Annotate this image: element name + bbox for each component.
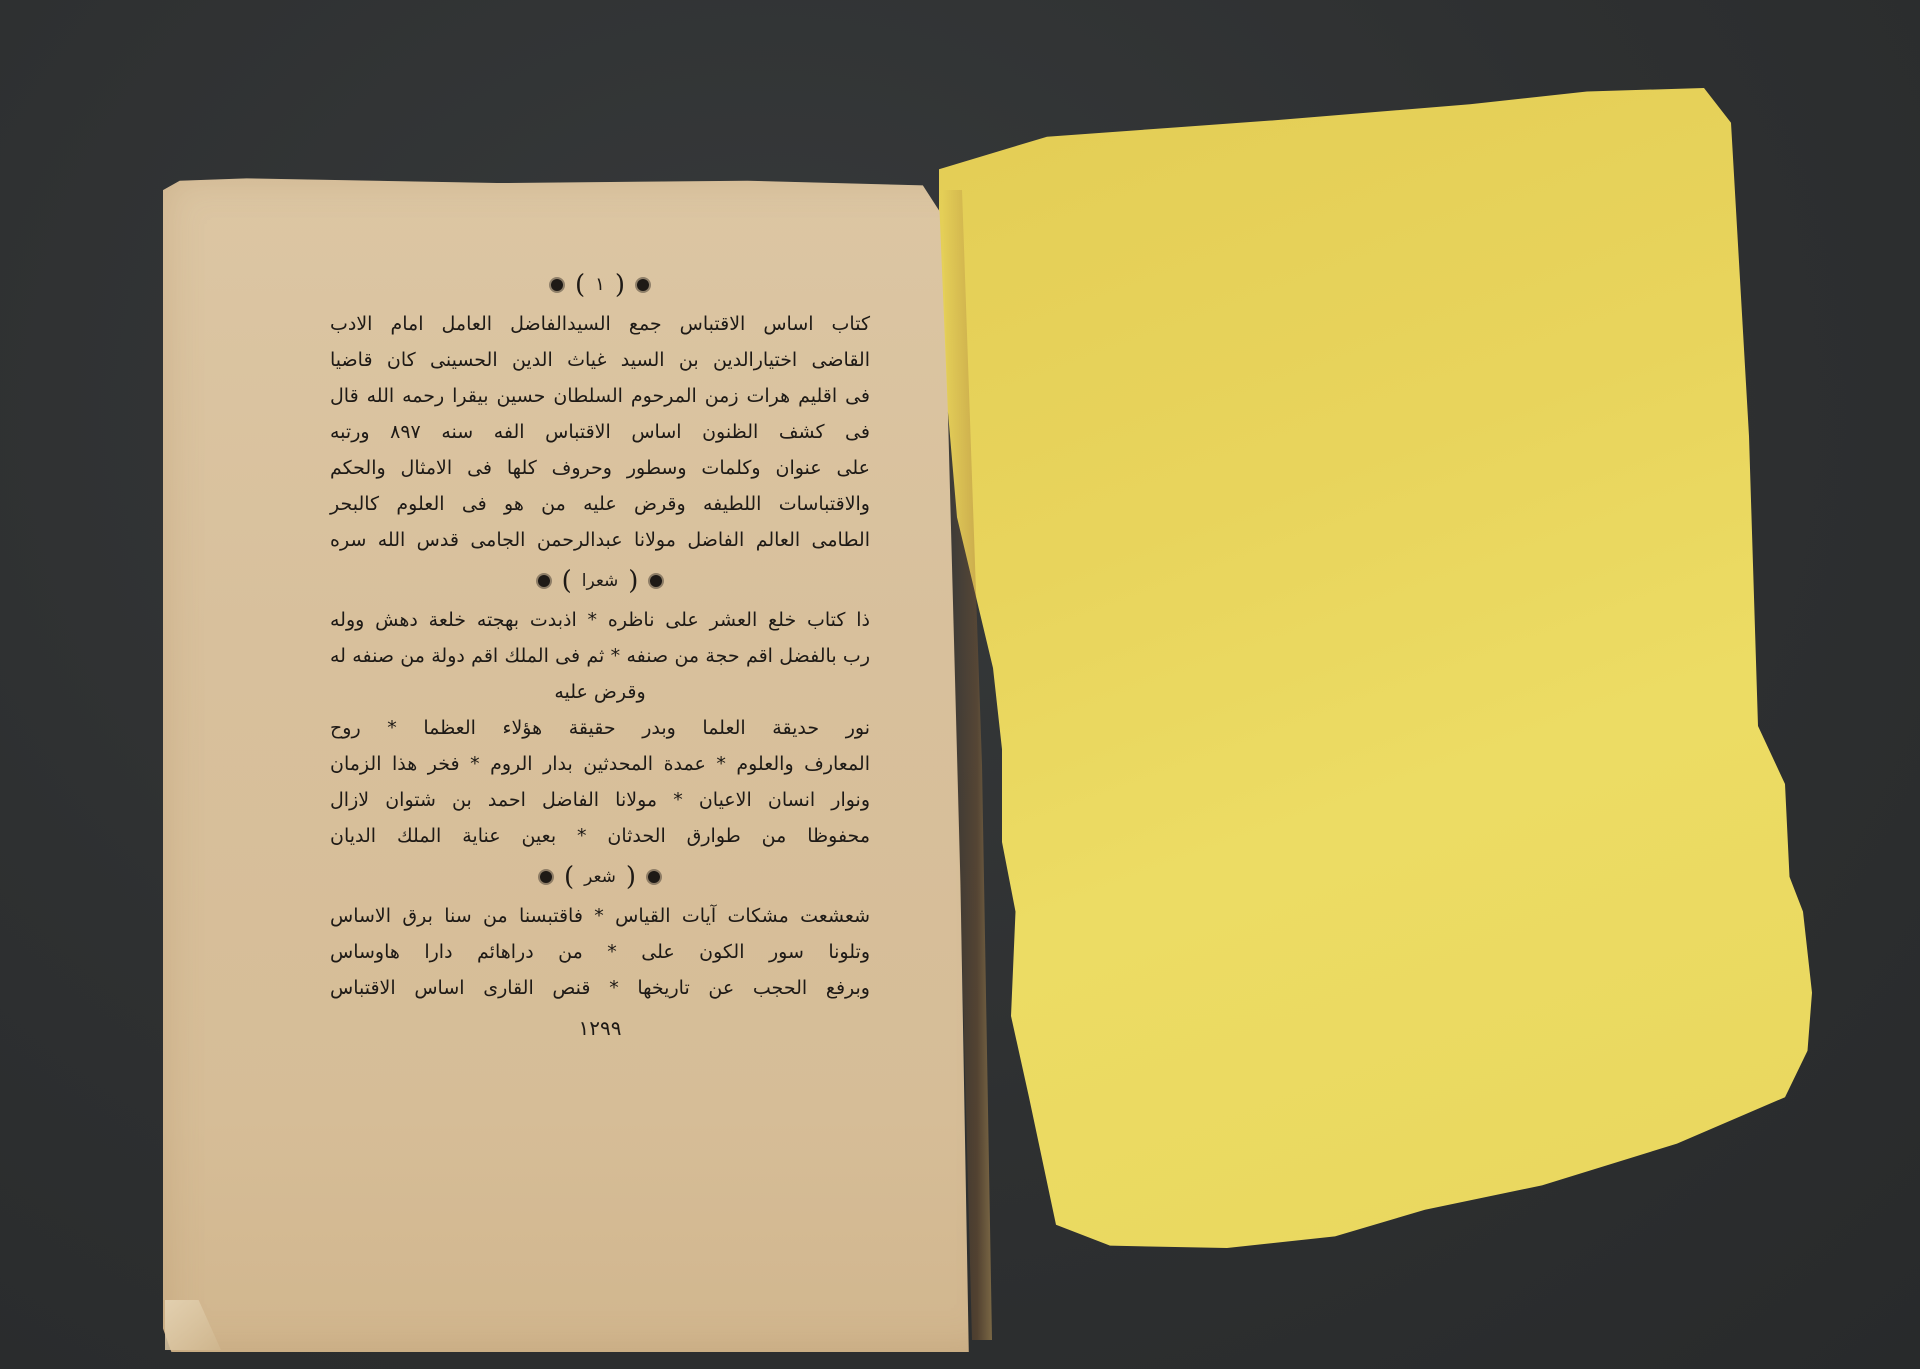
flower-ornament-icon — [635, 277, 651, 293]
page-number-heading: ( ١ ) — [330, 268, 870, 302]
poem-line: رب بالفضل اقم حجة من صنفه * ثم فى الملك … — [330, 638, 870, 674]
arabic-text-block: ( ١ ) كتاب اساس الاقتباس جمع السيدالفاضل… — [330, 262, 870, 1046]
yellow-endpaper — [912, 88, 1812, 1248]
heading-label: شعر — [584, 859, 616, 895]
poem-line: ذا كتاب خلع العشر على ناظره * اذبدت بهجت… — [330, 602, 870, 638]
publication-year: ١٢٩٩ — [330, 1010, 870, 1046]
text-line: كتاب اساس الاقتباس جمع السيدالفاضل العام… — [330, 306, 870, 342]
heading-label: شعرا — [582, 563, 619, 599]
page-number: ١ — [595, 267, 605, 303]
section-heading-poem: ( شعر ) — [330, 860, 870, 894]
bracket-icon: ( — [615, 275, 625, 295]
text-line: ونوار انسان الاعيان * مولانا الفاضل احمد… — [330, 782, 870, 818]
text-line: المعارف والعلوم * عمدة المحدثين بدار الر… — [330, 746, 870, 782]
text-line: فى اقليم هرات زمن المرحوم السلطان حسين ب… — [330, 378, 870, 414]
text-line: والاقتباسات اللطيفه وقرض عليه من هو فى ا… — [330, 486, 870, 522]
text-line: الطامى العالم الفاضل مولانا عبدالرحمن ال… — [330, 522, 870, 558]
text-line: نور حديقة العلما وبدر حقيقة هؤلاء العظما… — [330, 710, 870, 746]
flower-ornament-icon — [549, 277, 565, 293]
poem-tail: وقرض عليه — [330, 674, 870, 710]
text-line: القاضى اختيارالدين بن السيد غياث الدين ا… — [330, 342, 870, 378]
flower-ornament-icon — [646, 869, 662, 885]
bracket-icon: ) — [564, 867, 574, 887]
text-line: فى كشف الظنون اساس الاقتباس الفه سنه ٨٩٧… — [330, 414, 870, 450]
bracket-icon: ( — [626, 867, 636, 887]
flower-ornament-icon — [538, 869, 554, 885]
bracket-icon: ( — [628, 571, 638, 591]
text-line: محفوظا من طوارق الحدثان * بعين عناية الم… — [330, 818, 870, 854]
text-line: على عنوان وكلمات وسطور وحروف كلها فى الا… — [330, 450, 870, 486]
book-photograph: ( ١ ) كتاب اساس الاقتباس جمع السيدالفاضل… — [0, 0, 1920, 1369]
section-heading-poetry: ( شعرا ) — [330, 564, 870, 598]
poem-line: شعشعت مشكات آيات القياس * فاقتبسنا من سن… — [330, 898, 870, 934]
poem-line: وتلونا سور الكون على * من دراهائم دارا ه… — [330, 934, 870, 970]
flower-ornament-icon — [536, 573, 552, 589]
poem-line: وبرفع الحجب عن تاريخها * قنص القارى اساس… — [330, 970, 870, 1006]
bracket-icon: ) — [562, 571, 572, 591]
bracket-icon: ) — [575, 275, 585, 295]
flower-ornament-icon — [648, 573, 664, 589]
